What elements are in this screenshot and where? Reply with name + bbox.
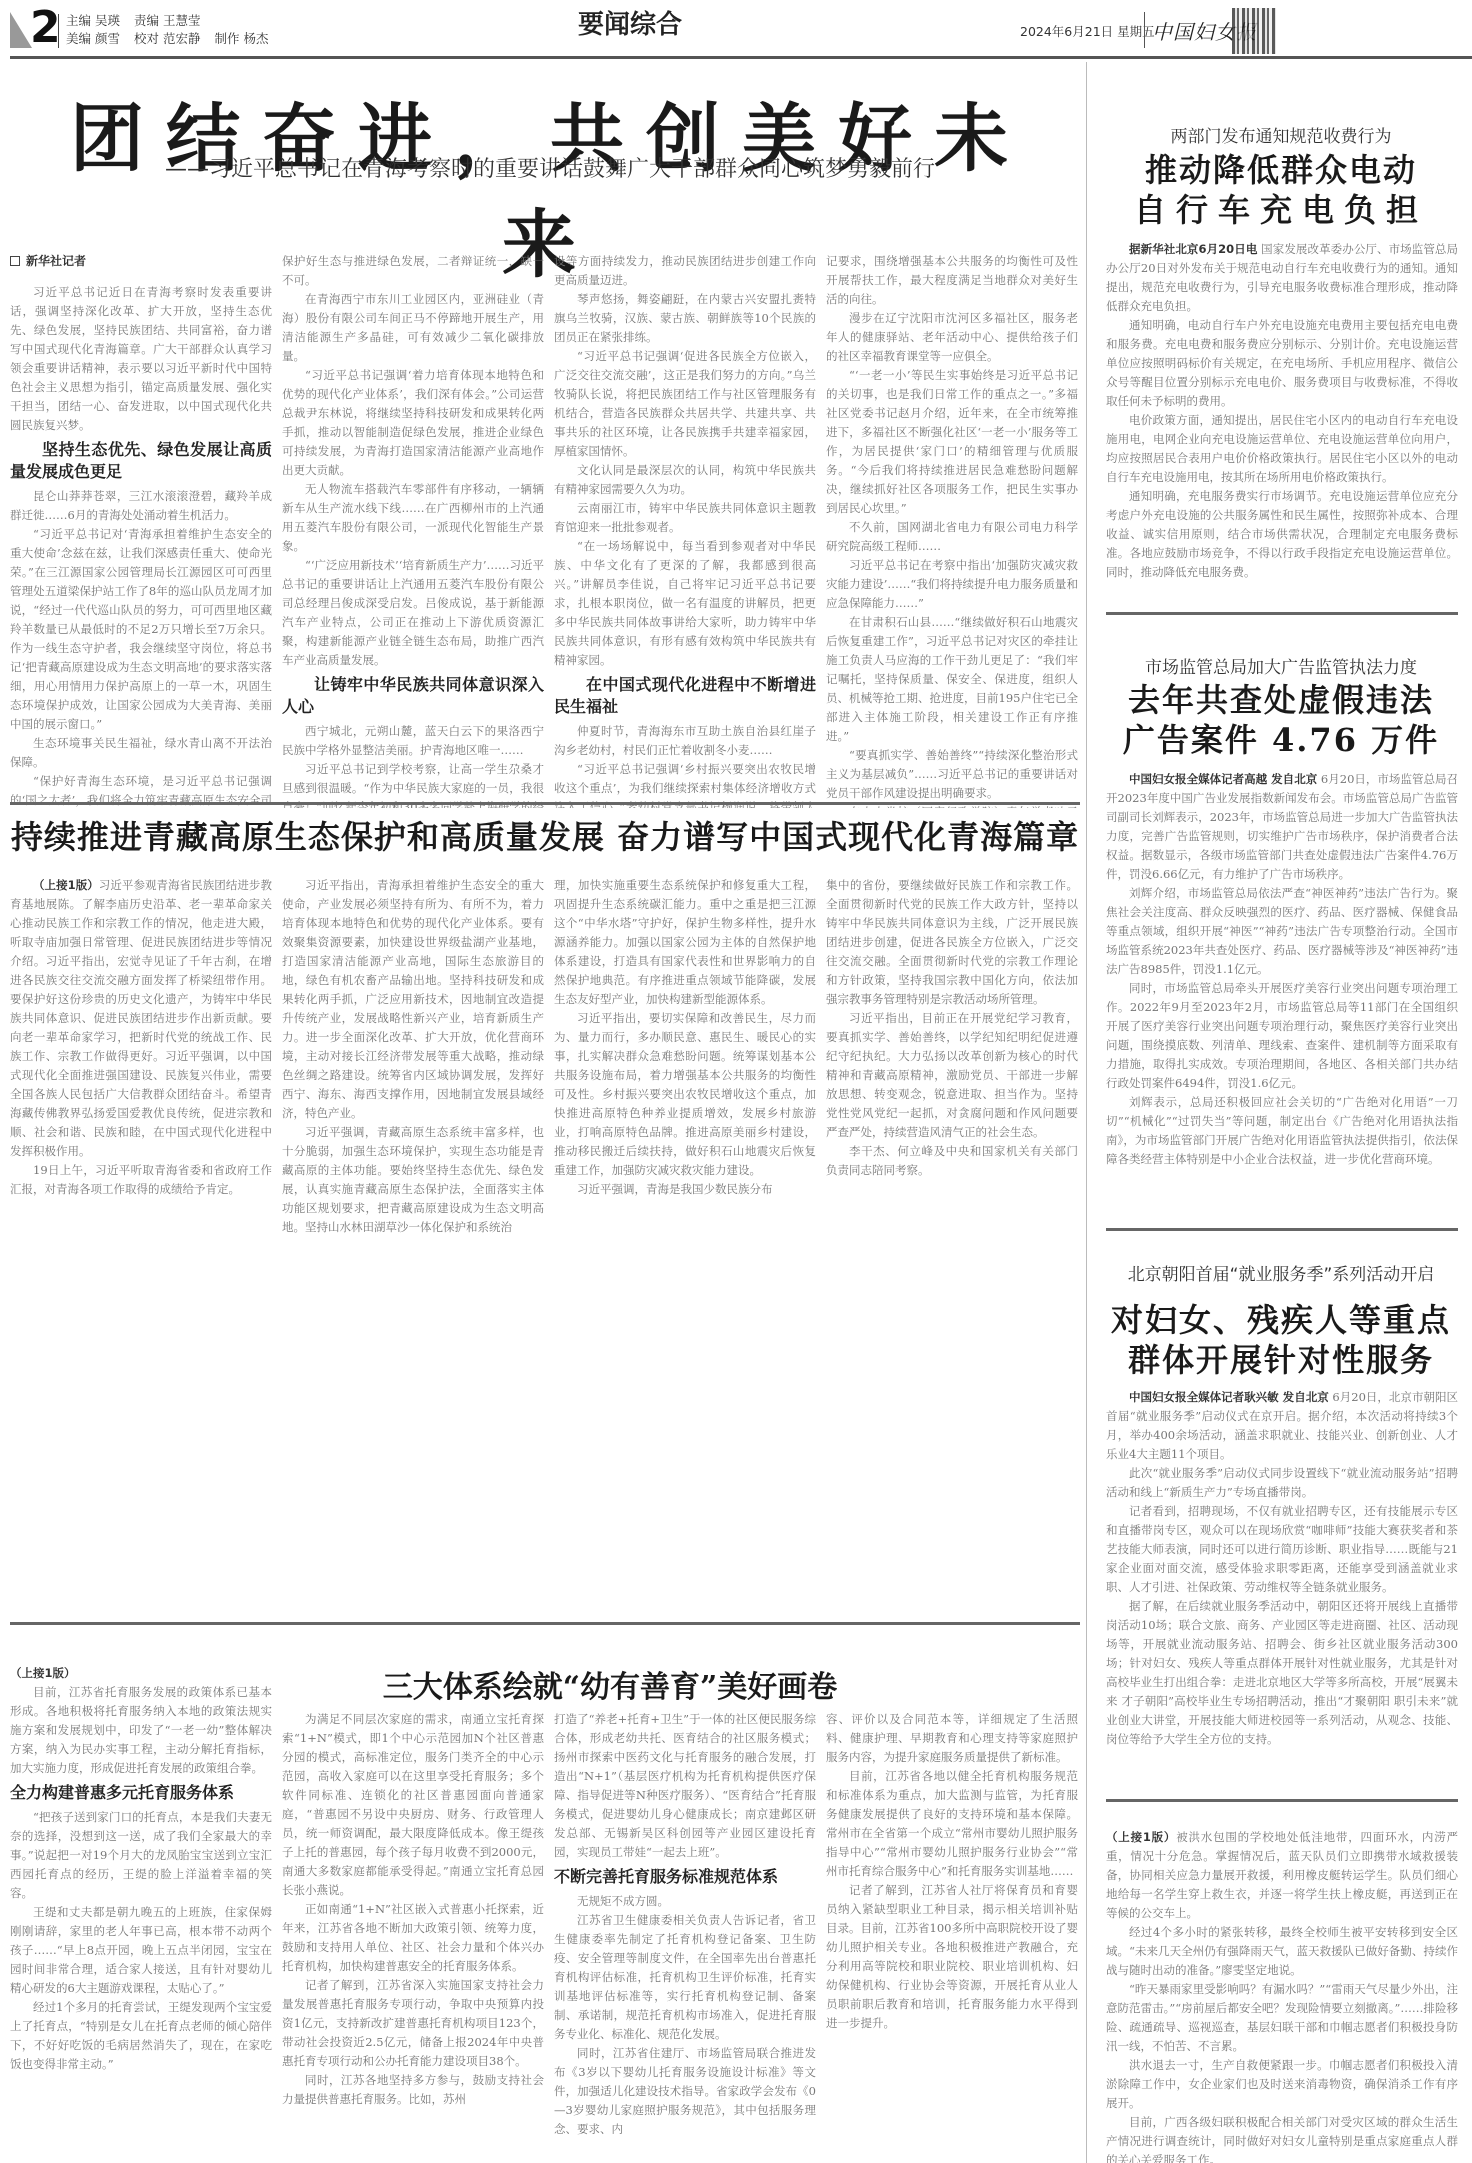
paragraph: 记者了解到，江苏省人社厅将保育员和育婴员纳入紧缺型职业工种目录，揭示相关培训补贴…	[826, 1881, 1078, 2033]
paragraph: 打造了“养老+托育+卫生”于一体的社区便民服务综合体，形成老幼共托、医育结合的社…	[554, 1710, 816, 1862]
paragraph: 中国妇女报全媒体记者高越 发自北京 6月20日，市场监管总局召开2023年度中国…	[1106, 770, 1458, 884]
paragraph: 容、评价以及合同范本等，详细规定了生活照料、健康护理、早期教育和心理支持等家庭照…	[826, 1710, 1078, 1767]
section-divider	[10, 802, 1080, 805]
lead-column-1: 新华社记者 习近平总书记近日在青海考察时发表重要讲话，强调坚持深化改革、扩大开放…	[10, 252, 272, 808]
paragraph: 李干杰、何立峰及中央和国家机关有关部门负责同志陪同考察。	[826, 1142, 1078, 1180]
paragraph: “在一场场解说中，每当看到参观者对中华民族、中华文化有了更深的了解，我都感到很高…	[554, 537, 816, 670]
paragraph: 刘辉表示，总局还积极回应社会关切的“广告绝对化用语”一刀切”“机械化”“过罚失当…	[1106, 1093, 1458, 1169]
paragraph: “‘广泛应用新技术’‘培育新质生产力’……习近平总书记的重要讲话让上汽通用五菱汽…	[282, 556, 544, 670]
paragraph: 西宁城北，元朔山麓，蓝天白云下的果洛西宁民族中学格外显整洁美丽。护青海地区唯一……	[282, 722, 544, 760]
paragraph: 习近平强调，青藏高原生态系统丰富多样，也十分脆弱，加强生态环境保护，实现生态功能…	[282, 1123, 544, 1237]
section-divider	[1106, 1228, 1458, 1231]
divider	[58, 14, 59, 48]
paragraph: 习近平总书记近日在青海考察时发表重要讲话，强调坚持深化改革、扩大开放，坚持生态优…	[10, 283, 272, 435]
paragraph: 江苏省卫生健康委相关负责人告诉记者，省卫生健康委率先制定了托育机构登记备案、卫生…	[554, 1911, 816, 2044]
sidebar-headline: 对妇女、残疾人等重点群体开展针对性服务	[1090, 1300, 1472, 1380]
paragraph: 19日上午，习近平听取青海省委和省政府工作汇报，对青海各项工作取得的成绩给予肯定…	[10, 1161, 272, 1199]
paragraph: 记者看到，招聘现场，不仅有就业招聘专区，还有技能展示专区和直播带岗专区，观众可以…	[1106, 1502, 1458, 1597]
sidebar-headline: 去年共查处虚假违法广告案件 4.76 万件	[1090, 680, 1472, 760]
page-number: 2	[30, 6, 61, 50]
paragraph: 经过4个多小时的紧张转移，最终全校师生被平安转移到安全区域。“未来几天全州仍有强…	[1106, 1923, 1458, 1980]
paragraph: 习近平指出，目前正在开展党纪学习教育，要真抓实学、善始善终，以学纪知纪明纪促进遵…	[826, 1009, 1078, 1142]
paragraph: 习近平强调，青海是我国少数民族分布	[554, 1180, 816, 1199]
paragraph: “昨天暴雨家里受影响吗？有漏水吗？”“雷雨天气尽量少外出，注意防范雷击。”“房前…	[1106, 1980, 1458, 2056]
paragraph: 同时，江苏各地坚持多方参与，鼓励支持社会力量提供普惠托育服务。比如，苏州	[282, 2071, 544, 2109]
paragraph: 漫步在辽宁沈阳市沈河区多福社区，服务老年人的健康驿站、老年活动中心、提供给孩子们…	[826, 309, 1078, 366]
bottom-column-3: 打造了“养老+托育+卫生”于一体的社区便民服务综合体，形成老幼共托、医育结合的社…	[554, 1710, 816, 2163]
paragraph: 文化认同是最深层次的认同，构筑中华民族共有精神家园需要久久为功。	[554, 461, 816, 499]
sidebar-headline: 推动降低群众电动自行车充电负担	[1090, 150, 1472, 230]
paragraph: （上接1版）习近平参观青海省民族团结进步教育基地展陈。了解李庙历史沿革、老一辈革…	[10, 876, 272, 1161]
paragraph: 中国妇女报全媒体记者耿兴敏 发自北京 6月20日，北京市朝阳区首届“就业服务季”…	[1106, 1388, 1458, 1464]
section-divider	[1106, 1799, 1458, 1802]
paragraph: 此次“就业服务季”启动仪式同步设置线下“就业流动服务站”招聘活动和线上“新质生产…	[1106, 1464, 1458, 1502]
lead-subheadline: ——习近平总书记在青海考察时的重要讲话鼓舞广大干部群众同心筑梦勇毅前行	[30, 152, 1070, 183]
paragraph: 无规矩不成方圆。	[554, 1892, 816, 1911]
staff-credit: 美编 颜雪	[66, 31, 120, 46]
lead-column-4: 记要求，围绕增强基本公共服务的均衡性可及性开展帮扶工作，最大程度满足当地群众对美…	[826, 252, 1078, 808]
section-title: 要闻综合	[470, 4, 790, 41]
paragraph: 洪水退去一寸，生产自救便紧跟一步。巾帼志愿者们积极投入清淤除障工作中，女企业家们…	[1106, 2056, 1458, 2113]
paragraph: “习近平总书记强调‘着力培育体现本地特色和优势的现代化产业体系’，我们深有体会。…	[282, 366, 544, 480]
masthead: 2 主编 吴瑛责编 王慧莹 美编 颜雪校对 范宏静制作 杨杰 要闻综合 2024…	[0, 0, 1472, 58]
paragraph: 仲夏时节，青海海东市互助土族自治县红崖子沟乡老幼村，村民们正忙着收割冬小麦……	[554, 722, 816, 760]
paragraph: “习近平总书记对‘青海承担着维护生态安全的重大使命’念兹在兹，让我们深感责任重大…	[10, 525, 272, 734]
paragraph: 正如南通“1+N”社区嵌入式普惠小托探索，近年来，江苏省各地不断加大政策引领、统…	[282, 1900, 544, 1976]
paragraph: 记要求，围绕增强基本公共服务的均衡性可及性开展帮扶工作，最大程度满足当地群众对美…	[826, 252, 1078, 309]
byline: 新华社记者	[10, 252, 272, 271]
paragraph: 目前，广西各级妇联积极配合相关部门对受灾区域的群众生活生产情况进行调查统计，同时…	[1106, 2113, 1458, 2163]
section-heading: 在中国式现代化进程中不断增进民生福祉	[554, 674, 816, 718]
paragraph: 不久前，国网湖北省电力有限公司电力科学研究院高级工程师……	[826, 518, 1078, 556]
paragraph: 记者了解到，江苏省深入实施国家支持社会力量发展普惠托育服务专项行动，争取中央预算…	[282, 1976, 544, 2071]
masthead-rule	[10, 56, 1472, 59]
bottom-column-1: （上接1版） 目前，江苏省托育服务发展的政策体系已基本形成。各地积极将托育服务纳…	[10, 1664, 272, 2163]
paragraph: 据了解，在后续就业服务季活动中，朝阳区还将开展线上直播带岗活动10场；联合文旅、…	[1106, 1597, 1458, 1749]
paragraph: “把孩子送到家门口的托育点，本是我们夫妻无奈的选择，没想到这一送，成了我们全家最…	[10, 1808, 272, 1903]
band-column-1: （上接1版）习近平参观青海省民族团结进步教育基地展陈。了解李庙历史沿革、老一辈革…	[10, 876, 272, 1576]
divider	[1144, 12, 1145, 48]
section-heading: 不断完善托育服务标准规范体系	[554, 1866, 816, 1888]
paragraph: 集中的省份，要继续做好民族工作和宗教工作。全面贯彻新时代党的民族工作大政方针，坚…	[826, 876, 1078, 1009]
issue-date: 2024年6月21日 星期五	[1020, 22, 1155, 40]
paragraph: 同时，江苏省住建厅、市场监管局联合推进发布《3岁以下婴幼儿托育服务设施设计标准》…	[554, 2044, 816, 2139]
sidebar-story-4-body: （上接1版）被洪水包围的学校地处低洼地带，四面环水，内涝严重，情况十分危急。掌握…	[1106, 1828, 1458, 2163]
bottom-column-2: 为满足不同层次家庭的需求，南通立宝托育探索“1+N”模式，即1个中心示范园加N个…	[282, 1710, 544, 2163]
paragraph: 经过1个多月的托育尝试，王缇发现两个宝宝爱上了托育点，“特别是女儿在托育点老师的…	[10, 1998, 272, 2074]
sidebar-kicker: 市场监管总局加大广告监管执法力度	[1090, 653, 1472, 678]
continuation-label: （上接1版）	[10, 1664, 272, 1683]
sidebar-story-2-body: 中国妇女报全媒体记者高越 发自北京 6月20日，市场监管总局召开2023年度中国…	[1106, 770, 1458, 1200]
lead-column-3: 设等方面持续发力，推动民族团结进步创建工作向更高质量迈进。 琴声悠扬，舞姿翩跹，…	[554, 252, 816, 808]
lead-column-2: 保护好生态与推进绿色发展，二者辩证统一，缺一不可。 在青海西宁市东川工业园区内，…	[282, 252, 544, 808]
square-bullet-icon	[10, 256, 20, 266]
sidebar-story-1-body: 据新华社北京6月20日电 国家发展改革委办公厅、市场监管总局办公厅20日对外发布…	[1106, 240, 1458, 620]
paragraph: 电价政策方面，通知提出，居民住宅小区内的电动自行车充电设施用电，电网企业向充电设…	[1106, 411, 1458, 487]
staff-credit: 校对 范宏静	[134, 31, 200, 46]
paragraph: 通知明确，电动自行车户外充电设施充电费用主要包括充电电费和服务费。充电电费和服务…	[1106, 316, 1458, 411]
bottom-column-4: 容、评价以及合同范本等，详细规定了生活照料、健康护理、早期教育和心理支持等家庭照…	[826, 1710, 1078, 2163]
paragraph: （上接1版）被洪水包围的学校地处低洼地带，四面环水，内涝严重，情况十分危急。掌握…	[1106, 1828, 1458, 1923]
section-divider	[1106, 612, 1458, 615]
staff-credit: 制作 杨杰	[214, 31, 268, 46]
paragraph: 通知明确，充电服务费实行市场调节。充电设施运营单位应充分考虑户外充电设施的公共服…	[1106, 487, 1458, 582]
sidebar-kicker: 两部门发布通知规范收费行为	[1090, 122, 1472, 147]
paragraph: 无人物流车搭载汽车零部件有序移动，一辆辆新车从生产流水线下线……在广西柳州市的上…	[282, 480, 544, 556]
column-divider	[1086, 62, 1087, 2163]
section-heading: 让铸牢中华民族共同体意识深入人心	[282, 674, 544, 718]
paragraph: “习近平总书记强调‘乡村振兴要突出农牧民增收这个重点’，为我们继续探索村集体经济…	[554, 760, 816, 808]
paragraph: 习近平总书记在考察中指出‘加强防灾减灾救灾能力建设’……“我们将持续提升电力服务…	[826, 556, 1078, 613]
paragraph: 在青海西宁市东川工业园区内，亚洲硅业（青海）股份有限公司车间正马不停蹄地开展生产…	[282, 290, 544, 366]
qr-code-icon[interactable]	[1232, 8, 1276, 54]
staff-credit: 责编 王慧莹	[134, 13, 200, 28]
paragraph: 目前，江苏省各地以健全托育机构服务规范和标准体系为重点，加大监测与监管，为托育服…	[826, 1767, 1078, 1881]
paragraph: 理，加快实施重要生态系统保护和修复重大工程，巩固提升生态系统碳汇能力。重中之重是…	[554, 876, 816, 1009]
paragraph: 习近平指出，青海承担着维护生态安全的重大使命，产业发展必须坚持有所为、有所不为，…	[282, 876, 544, 1123]
paragraph: “要真抓实学、善始善终”“持续深化整治形式主义为基层减负”……习近平总书记的重要…	[826, 746, 1078, 803]
paragraph: 设等方面持续发力，推动民族团结进步创建工作向更高质量迈进。	[554, 252, 816, 290]
page-wedge-decoration	[10, 12, 32, 48]
staff-credit: 主编 吴瑛	[66, 13, 120, 28]
paragraph: 刘辉介绍，市场监管总局依法严查“神医神药”违法广告行为。聚焦社会关注度高、群众反…	[1106, 884, 1458, 979]
staff-credits: 主编 吴瑛责编 王慧莹 美编 颜雪校对 范宏静制作 杨杰	[66, 12, 282, 48]
band-column-2: 习近平指出，青海承担着维护生态安全的重大使命，产业发展必须坚持有所为、有所不为，…	[282, 876, 544, 1576]
paragraph: 保护好生态与推进绿色发展，二者辩证统一，缺一不可。	[282, 252, 544, 290]
paragraph: 昆仑山莽莽苍翠，三江水滚滚澄碧，藏羚羊成群迁徙……6月的青海处处涌动着生机活力。	[10, 487, 272, 525]
paragraph: 据新华社北京6月20日电 国家发展改革委办公厅、市场监管总局办公厅20日对外发布…	[1106, 240, 1458, 316]
section-divider	[10, 1622, 1080, 1625]
band-column-3: 理，加快实施重要生态系统保护和修复重大工程，巩固提升生态系统碳汇能力。重中之重是…	[554, 876, 816, 1576]
paragraph: 王缇和丈夫都是朝九晚五的上班族，住家保姆刚刚请辞，家里的老人年事已高，根本带不动…	[10, 1903, 272, 1998]
paragraph: 为满足不同层次家庭的需求，南通立宝托育探索“1+N”模式，即1个中心示范园加N个…	[282, 1710, 544, 1900]
paragraph: 生态环境事关民生福祉，绿水青山离不开法治保障。	[10, 734, 272, 772]
paragraph: 习近平总书记到学校考察，让高一学生尕桑才旦感到很温暖。“作为中华民族大家庭的一员…	[282, 760, 544, 808]
sidebar-kicker: 北京朝阳首届“就业服务季”系列活动开启	[1090, 1260, 1472, 1285]
paragraph: “‘一老一小’等民生实事始终是习近平总书记的关切事，也是我们日常工作的重点之一。…	[826, 366, 1078, 518]
paragraph: “习近平总书记强调‘促进各民族全方位嵌入，广泛交往交流交融’，这正是我们努力的方…	[554, 347, 816, 461]
paragraph: 琴声悠扬，舞姿翩跹，在内蒙古兴安盟扎赉特旗乌兰牧骑，汉族、蒙古族、朝鲜族等10个…	[554, 290, 816, 347]
paragraph: 在甘肃积石山县……“继续做好积石山地震灾后恢复重建工作”，习近平总书记对灾区的牵…	[826, 613, 1078, 746]
paragraph: 同时，市场监管总局牵头开展医疗美容行业突出问题专项治理工作。2022年9月至20…	[1106, 979, 1458, 1093]
band-column-4: 集中的省份，要继续做好民族工作和宗教工作。全面贯彻新时代党的民族工作大政方针，坚…	[826, 876, 1078, 1576]
paragraph: 习近平指出，要切实保障和改善民生，尽力而为、量力而行，多办顺民意、惠民生、暖民心…	[554, 1009, 816, 1180]
sidebar-story-3-body: 中国妇女报全媒体记者耿兴敏 发自北京 6月20日，北京市朝阳区首届“就业服务季”…	[1106, 1388, 1458, 1798]
section-heading: 全力构建普惠多元托育服务体系	[10, 1782, 272, 1804]
section-heading: 坚持生态优先、绿色发展让高质量发展成色更足	[10, 439, 272, 483]
paragraph: 目前，江苏省托育服务发展的政策体系已基本形成。各地积极将托育服务纳入本地的政策法…	[10, 1683, 272, 1778]
bottom-headline: 三大体系绘就“幼有善育”美好画卷	[290, 1662, 930, 1706]
band-headline: 持续推进青藏高原生态保护和高质量发展 奋力谱写中国式现代化青海篇章	[10, 812, 1080, 858]
paragraph: 云南丽江市，铸牢中华民族共同体意识主题教育馆迎来一批批参观者。	[554, 499, 816, 537]
